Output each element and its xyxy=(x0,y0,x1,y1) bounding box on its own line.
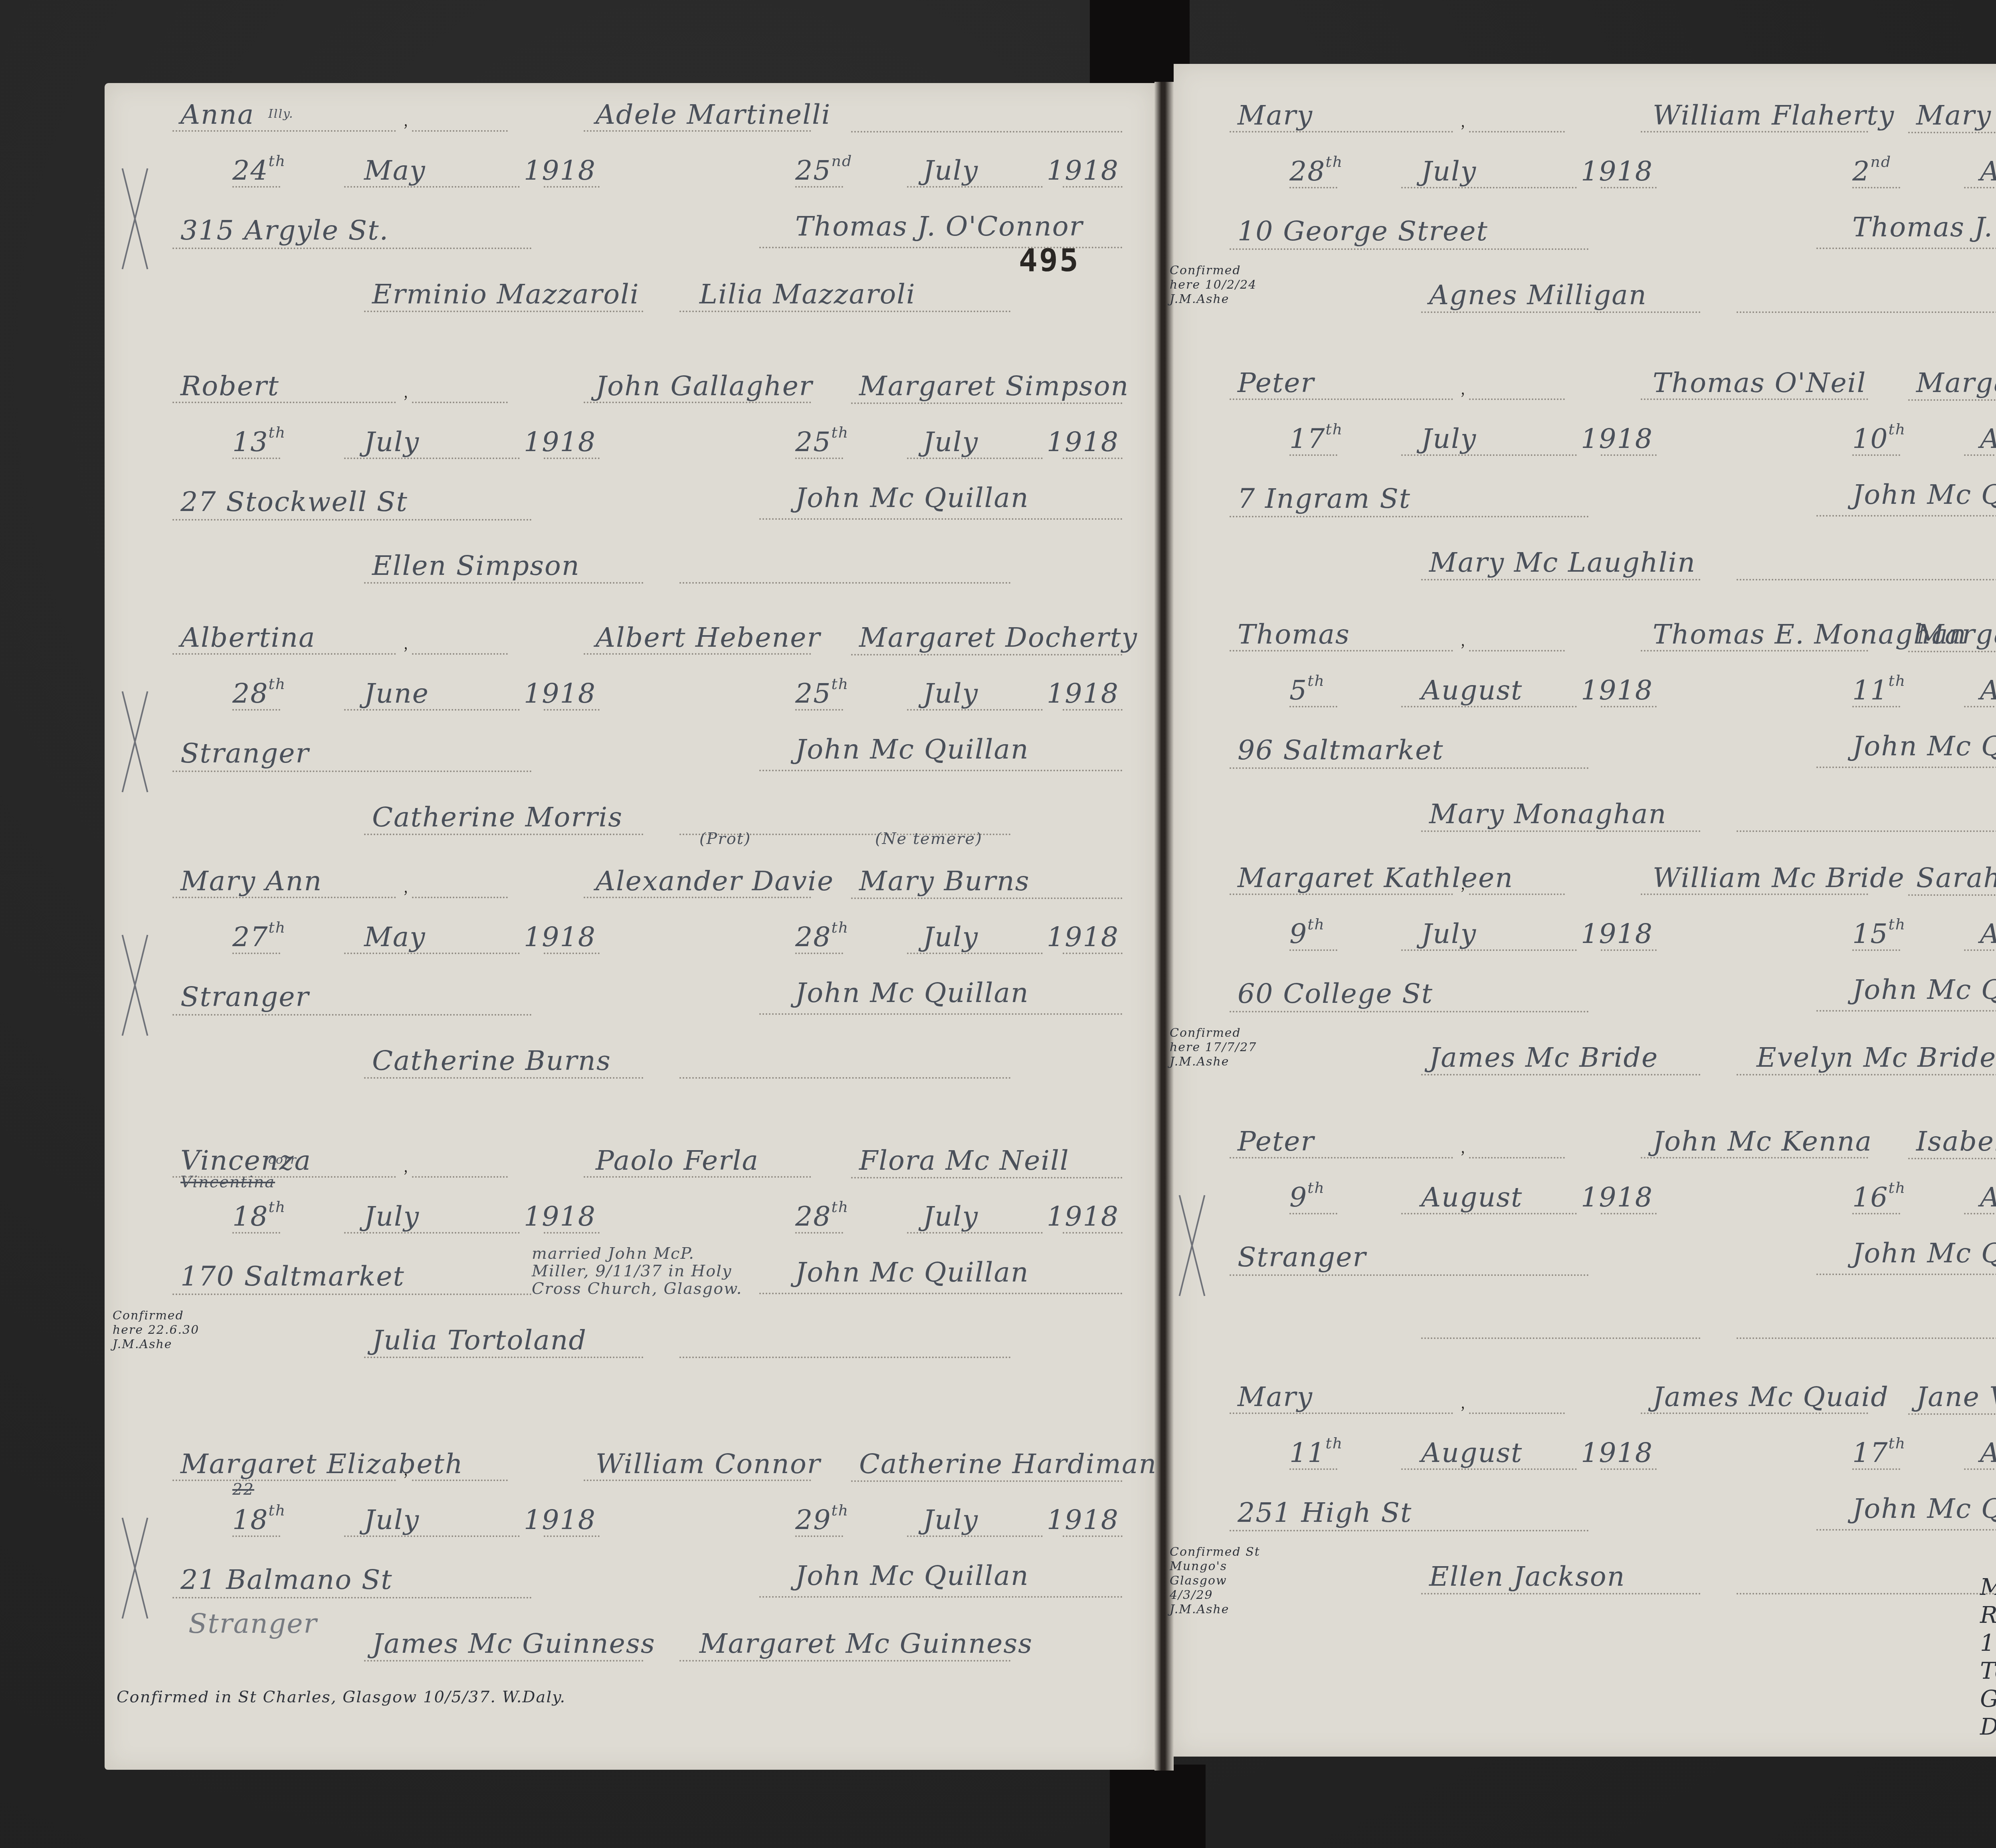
born-year: 1918 xyxy=(1581,1182,1653,1213)
born-day: 9 xyxy=(1289,918,1307,950)
baptism-month: July xyxy=(923,1504,978,1536)
marginal-note: married John McP. Miller, 9/11/37 in Hol… xyxy=(532,1245,755,1297)
born-day-suffix: th xyxy=(1326,1434,1343,1452)
register-entry: Mary , James Mc Quaid Jane Vickers 11th … xyxy=(1230,1381,1996,1661)
born-month: August xyxy=(1421,675,1523,706)
child-name: Peter xyxy=(1238,367,1315,399)
baptism-day-suffix: nd xyxy=(832,152,853,170)
address: 96 Saltmarket xyxy=(1238,735,1444,766)
sponsor-1: Ellen Jackson xyxy=(1429,1561,1626,1592)
mother-name: Catherine Hardiman xyxy=(859,1448,1157,1480)
baptism-year: 1918 xyxy=(1047,426,1119,458)
born-day: 17 xyxy=(1289,423,1326,455)
child-name: Robert xyxy=(180,370,279,402)
struck-name: Vincentina xyxy=(180,1173,275,1191)
baptism-month: August xyxy=(1980,156,1996,187)
born-year: 1918 xyxy=(1581,1437,1653,1469)
born-year: 1918 xyxy=(1581,918,1653,950)
born-day: 18 xyxy=(232,1201,269,1232)
baptism-day: 16 xyxy=(1852,1182,1889,1213)
baptism-year: 1918 xyxy=(1047,155,1119,186)
address: 21 Balmano St xyxy=(180,1564,393,1596)
baptism-day-suffix: th xyxy=(832,424,849,441)
born-month: August xyxy=(1421,1182,1523,1213)
confirmation-note: Confirmed here 22.6.30 J.M.Ashe xyxy=(113,1309,208,1352)
born-year: 1918 xyxy=(524,155,596,186)
born-month: July xyxy=(1421,423,1477,455)
sponsor-1: Agnes Milligan xyxy=(1429,279,1647,311)
sponsor-1: Julia Tortoland xyxy=(372,1325,587,1356)
baptism-day: 15 xyxy=(1852,918,1889,950)
father-name: Alexander Davie xyxy=(596,866,834,897)
baptism-month: July xyxy=(923,426,978,458)
born-month: July xyxy=(1421,156,1477,187)
baptism-day: 29 xyxy=(795,1504,832,1536)
child-name: Thomas xyxy=(1238,619,1350,650)
father-name: William Connor xyxy=(596,1448,821,1480)
born-month: August xyxy=(1421,1437,1523,1469)
born-day: 18 xyxy=(232,1504,269,1536)
register-entry: Anna Illy. , Adele Martinelli 24th May 1… xyxy=(172,99,1123,378)
address: Stranger xyxy=(1238,1242,1366,1273)
born-year: 1918 xyxy=(524,678,596,709)
baptism-day-suffix: th xyxy=(1889,915,1906,933)
baptism-day: 25 xyxy=(795,155,832,186)
register-entry: Albertina , Albert Hebener Margaret Doch… xyxy=(172,622,1123,901)
address: 60 College St xyxy=(1238,978,1433,1010)
born-day: 27 xyxy=(232,921,269,953)
register-entry: Peter , John Mc Kenna Isabella Mc Ghee 9… xyxy=(1230,1126,1996,1405)
baptism-month: August xyxy=(1980,1182,1996,1213)
baptism-day: 25 xyxy=(795,426,832,458)
right-page: 496 Mary , William Flaherty Mary O'Brien… xyxy=(1174,64,1996,1757)
child-name: Albertina xyxy=(180,622,316,654)
priest-signature: John Mc Quillan xyxy=(795,1257,1029,1288)
born-day-suffix: th xyxy=(269,1501,286,1519)
address: 315 Argyle St. xyxy=(180,215,389,246)
born-month: July xyxy=(364,1201,420,1232)
address: 7 Ingram St xyxy=(1238,483,1411,515)
footer-note: Confirmed in St Charles, Glasgow 10/5/37… xyxy=(117,1688,566,1706)
address: 170 Saltmarket xyxy=(180,1261,405,1292)
priest-signature: John Mc Quillan xyxy=(795,734,1029,765)
priest-signature: John Mc Quillan xyxy=(1852,1493,1996,1525)
x-mark-icon xyxy=(117,1516,152,1620)
child-name: Mary xyxy=(1238,1381,1313,1413)
baptism-month: August xyxy=(1980,918,1996,950)
baptism-day-suffix: nd xyxy=(1870,153,1891,170)
mother-name: Margaret Mc Breen xyxy=(1916,619,1996,650)
born-year: 1918 xyxy=(1581,423,1653,455)
mother-note: (Ne temere) xyxy=(875,830,982,848)
born-day: 28 xyxy=(1289,156,1326,187)
mother-name: Margaret Docherty xyxy=(859,622,1138,654)
born-day: 24 xyxy=(232,155,269,186)
mother-name: Mary Burns xyxy=(859,866,1030,897)
priest-signature: John Mc Quillan xyxy=(1852,731,1996,762)
name-note: corr. xyxy=(268,1153,300,1167)
priest-signature: John Mc Quillan xyxy=(795,1560,1029,1592)
sponsor-1: Erminio Mazzaroli xyxy=(372,279,640,310)
baptism-year: 1918 xyxy=(1047,921,1119,953)
marriage-note: Married to Robert Jack on 11/5/46 at St.… xyxy=(1980,1573,1996,1741)
child-name: Margaret Kathleen xyxy=(1238,862,1513,894)
born-day-suffix: th xyxy=(269,152,286,170)
born-day-suffix: th xyxy=(1307,1179,1325,1196)
x-mark-icon xyxy=(117,690,152,794)
x-mark-icon xyxy=(1174,1194,1210,1297)
born-month: July xyxy=(364,426,420,458)
father-note: (Prot) xyxy=(699,830,751,848)
sponsor-1: James Mc Guinness xyxy=(372,1628,655,1660)
born-month: June xyxy=(364,678,429,709)
born-day: 5 xyxy=(1289,675,1307,706)
baptism-day-suffix: th xyxy=(832,919,849,936)
baptism-month: July xyxy=(923,155,978,186)
baptism-day-suffix: th xyxy=(1889,1434,1906,1452)
baptism-day: 25 xyxy=(795,678,832,709)
baptism-day: 10 xyxy=(1852,423,1889,455)
mother-name: Isabella Mc Ghee xyxy=(1916,1126,1996,1157)
register-entry: Margaret Kathleen , William Mc Bride Sar… xyxy=(1230,862,1996,1142)
born-day: 13 xyxy=(232,426,269,458)
address: Stranger xyxy=(180,738,309,769)
born-day: 9 xyxy=(1289,1182,1307,1213)
priest-signature: Thomas J. O'Connor xyxy=(795,211,1083,242)
register-entry: Thomas , Thomas E. Monaghan Margaret Mc … xyxy=(1230,619,1996,898)
sponsor-1: Catherine Burns xyxy=(372,1045,611,1077)
born-month: May xyxy=(364,155,426,186)
father-name: William Mc Bride xyxy=(1653,862,1905,894)
sponsor-1: James Mc Bride xyxy=(1429,1042,1658,1074)
baptism-day: 17 xyxy=(1852,1437,1889,1469)
born-day-suffix: th xyxy=(269,424,286,441)
baptism-month: August xyxy=(1980,1437,1996,1469)
sponsor-2: Margaret Mc Guinness xyxy=(699,1628,1033,1660)
father-name: James Mc Quaid xyxy=(1653,1381,1889,1413)
born-day-suffix: th xyxy=(1326,153,1343,170)
baptism-day: 28 xyxy=(795,1201,832,1232)
address: 27 Stockwell St xyxy=(180,486,408,518)
struck-born-day: 22 xyxy=(232,1480,254,1499)
father-name: John Mc Kenna xyxy=(1653,1126,1872,1157)
mother-name: Jane Vickers xyxy=(1916,1381,1996,1413)
register-entry: Margaret Elizabeth , William Connor Cath… xyxy=(172,1448,1123,1728)
born-year: 1918 xyxy=(1581,675,1653,706)
born-day: 11 xyxy=(1289,1437,1326,1469)
sponsor-1: Ellen Simpson xyxy=(372,550,580,582)
born-day: 28 xyxy=(232,678,269,709)
baptism-day-suffix: th xyxy=(832,675,849,693)
mother-name: Margaret Chapman xyxy=(1916,367,1996,399)
confirmation-note: Confirmed here 10/2/24 J.M.Ashe xyxy=(1170,263,1265,307)
priest-signature: Thomas J. O'Connor xyxy=(1852,212,1996,243)
priest-signature: John Mc Quillan xyxy=(1852,1238,1996,1269)
baptism-month: August xyxy=(1980,675,1996,706)
sponsor-1: Mary Monaghan xyxy=(1429,798,1667,830)
born-year: 1918 xyxy=(524,921,596,953)
born-month: July xyxy=(1421,918,1477,950)
father-name: John Gallagher xyxy=(596,370,813,402)
priest-signature: John Mc Quillan xyxy=(1852,974,1996,1006)
mother-name: Mary O'Brien xyxy=(1916,100,1996,131)
baptism-day: 11 xyxy=(1852,675,1889,706)
book-spine-bottom xyxy=(1110,1765,1206,1848)
baptism-month: July xyxy=(923,1201,978,1232)
baptism-day-suffix: th xyxy=(1889,420,1906,438)
child-name: Mary Ann xyxy=(180,866,322,897)
priest-signature: John Mc Quillan xyxy=(795,977,1029,1009)
born-day-suffix: th xyxy=(1307,915,1325,933)
child-name: Peter xyxy=(1238,1126,1315,1157)
register-entry: Vincenza Vincentina corr. , Paolo Ferla … xyxy=(172,1145,1123,1424)
baptism-day-suffix: th xyxy=(832,1198,849,1216)
register-entry: Mary Ann , Alexander Davie (Prot) Mary B… xyxy=(172,866,1123,1145)
mother-name: Margaret Simpson xyxy=(859,370,1129,402)
child-name: Mary xyxy=(1238,100,1313,131)
born-month: May xyxy=(364,921,426,953)
register-entry: Robert , John Gallagher Margaret Simpson… xyxy=(172,370,1123,650)
baptism-month: July xyxy=(923,921,978,953)
born-month: July xyxy=(364,1504,420,1536)
mother-name: Sarah Madill xyxy=(1916,862,1996,894)
register-entry: Mary , William Flaherty Mary O'Brien 28t… xyxy=(1230,100,1996,379)
left-page: 495 Anna Illy. , Adele Martinelli 24th xyxy=(105,83,1154,1770)
born-day-suffix: th xyxy=(269,675,286,693)
baptism-month: July xyxy=(923,678,978,709)
baptism-year: 1918 xyxy=(1047,678,1119,709)
born-day-suffix: th xyxy=(1307,672,1325,689)
address: 251 High St xyxy=(1238,1497,1412,1529)
born-day-suffix: th xyxy=(269,919,286,936)
sponsor-2: Evelyn Mc Bride xyxy=(1756,1042,1996,1074)
born-day-suffix: th xyxy=(269,1198,286,1216)
address: 10 George Street xyxy=(1238,216,1488,247)
baptism-day-suffix: th xyxy=(1889,1179,1906,1196)
child-name: Anna xyxy=(180,99,254,131)
register-entry: Peter , Thomas O'Neil Margaret Chapman 1… xyxy=(1230,367,1996,647)
sponsor-1: Catherine Morris xyxy=(372,802,623,833)
baptism-day-suffix: th xyxy=(832,1501,849,1519)
child-name: Margaret Elizabeth xyxy=(180,1448,463,1480)
baptism-year: 1918 xyxy=(1047,1201,1119,1232)
baptism-month: August xyxy=(1980,423,1996,455)
father-name: William Flaherty xyxy=(1653,100,1895,131)
confirmation-note: Confirmed here 17/7/27 J.M.Ashe xyxy=(1170,1026,1265,1069)
priest-signature: John Mc Quillan xyxy=(795,482,1029,514)
father-name: Adele Martinelli xyxy=(596,99,831,131)
baptism-day-suffix: th xyxy=(1889,672,1906,689)
born-year: 1918 xyxy=(524,1201,596,1232)
born-year: 1918 xyxy=(1581,156,1653,187)
born-day-suffix: th xyxy=(1326,420,1343,438)
father-name: Thomas O'Neil xyxy=(1653,367,1866,399)
born-year: 1918 xyxy=(524,426,596,458)
name-note: Illy. xyxy=(268,107,294,121)
x-mark-icon xyxy=(117,933,152,1037)
book-gutter xyxy=(1154,82,1174,1771)
born-year: 1918 xyxy=(524,1504,596,1536)
address: Stranger xyxy=(180,981,309,1013)
father-name: Albert Hebener xyxy=(596,622,821,654)
baptism-day: 28 xyxy=(795,921,832,953)
mother-name: Flora Mc Neill xyxy=(859,1145,1069,1177)
sponsor-2: Lilia Mazzaroli xyxy=(699,279,916,310)
baptism-day: 2 xyxy=(1852,156,1870,187)
baptism-year: 1918 xyxy=(1047,1504,1119,1536)
confirmation-note: Confirmed St Mungo's Glasgow 4/3/29 J.M.… xyxy=(1170,1545,1265,1617)
sponsor-1: Mary Mc Laughlin xyxy=(1429,547,1696,578)
x-mark-icon xyxy=(117,167,152,271)
father-name: Paolo Ferla xyxy=(596,1145,759,1177)
priest-signature: John Mc Quillan xyxy=(1852,479,1996,511)
